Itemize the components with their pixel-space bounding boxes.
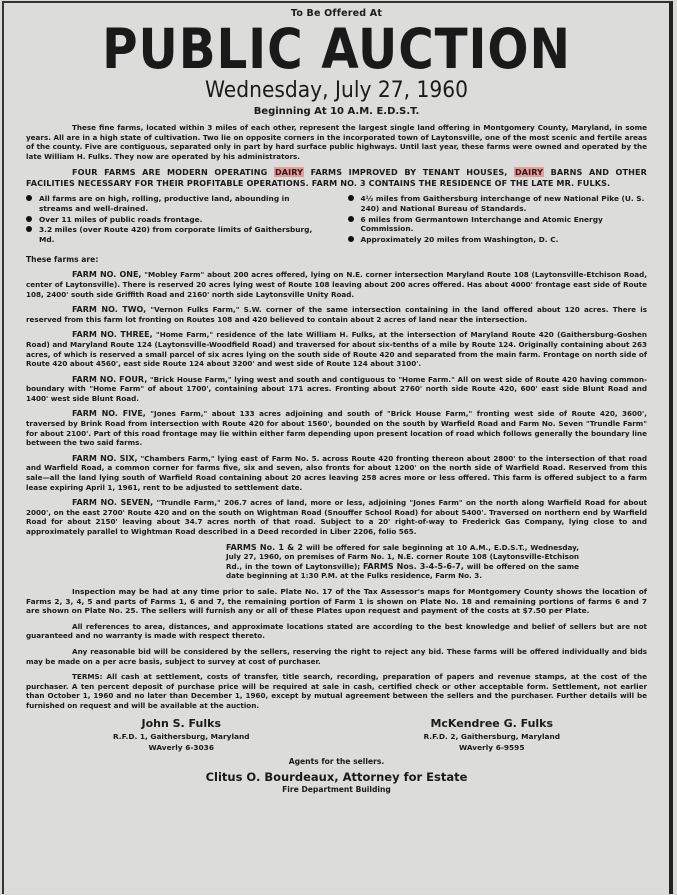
bullet-icon	[26, 226, 32, 232]
highlighted-term: DAIRY	[514, 167, 544, 177]
references-paragraph: All references to area, distances, and a…	[26, 622, 647, 641]
seller-address: R.F.D. 2, Gaithersburg, Maryland	[337, 731, 648, 742]
seller-phone: WAverly 6-9595	[337, 742, 648, 753]
features-right: 4½ miles from Gaithersburg interchange o…	[348, 194, 648, 245]
feature-item: Approximately 20 miles from Washington, …	[348, 235, 648, 245]
farm-label: FARM NO. TWO,	[72, 305, 146, 314]
highlighted-term: DAIRY	[274, 167, 304, 177]
schedule-label: FARMS No. 1 & 2	[226, 543, 303, 552]
agents-line: Agents for the sellers.	[4, 757, 669, 766]
feature-item: All farms are on high, rolling, producti…	[26, 194, 326, 213]
schedule-label: FARMS Nos. 3-4-5-6-7,	[363, 562, 464, 571]
farm-label: FARM NO. THREE,	[72, 330, 153, 339]
farm-entry: FARM NO. FOUR, "Brick House Farm," lying…	[26, 375, 647, 404]
seller-address: R.F.D. 1, Gaithersburg, Maryland	[26, 731, 337, 742]
statement-part: FOUR FARMS ARE MODERN OPERATING	[72, 167, 274, 177]
feature-item: Over 11 miles of public roads frontage.	[26, 215, 326, 225]
farm-entry: FARM NO. SIX, "Chambers Farm," lying eas…	[26, 454, 647, 492]
auction-notice: To Be Offered At PUBLIC AUCTION Wednesda…	[2, 1, 673, 894]
features-left: All farms are on high, rolling, producti…	[26, 194, 326, 245]
statement-part: FARMS IMPROVED BY TENANT HOUSES,	[304, 167, 514, 177]
farm-entry: FARM NO. FIVE, "Jones Farm," about 133 a…	[26, 409, 647, 447]
farm-label: FARM NO. FIVE,	[72, 409, 146, 418]
intro-paragraph: These fine farms, located within 3 miles…	[26, 123, 647, 161]
auction-date: Wednesday, July 27, 1960	[31, 78, 643, 104]
seller-signature: McKendree G. Fulks R.F.D. 2, Gaithersbur…	[337, 717, 648, 753]
terms-paragraph: TERMS: All cash at settlement, costs of …	[26, 672, 647, 710]
bullet-icon	[348, 216, 354, 222]
feature-item: 4½ miles from Gaithersburg interchange o…	[348, 194, 648, 213]
feature-text: Approximately 20 miles from Washington, …	[361, 235, 559, 244]
bullet-icon	[26, 216, 32, 222]
seller-name: McKendree G. Fulks	[337, 717, 648, 731]
farm-entry: FARM NO. THREE, "Home Farm," residence o…	[26, 330, 647, 368]
bullet-icon	[348, 195, 354, 201]
feature-text: Over 11 miles of public roads frontage.	[39, 215, 202, 224]
farms-heading: These farms are:	[26, 255, 647, 264]
feature-item: 3.2 miles (over Route 420) from corporat…	[26, 225, 326, 244]
farm-entry: FARM NO. TWO, "Vernon Fulks Farm," S.W. …	[26, 305, 647, 324]
inspection-paragraph: Inspection may be had at any time prior …	[26, 587, 647, 616]
farm-list: FARM NO. ONE, "Mobley Farm" about 200 ac…	[4, 270, 669, 536]
farm-entry: FARM NO. SEVEN, "Trundle Farm," 206.7 ac…	[26, 498, 647, 536]
features-list: All farms are on high, rolling, producti…	[26, 194, 647, 245]
start-time: Beginning At 10 A.M. E.D.S.T.	[4, 106, 669, 117]
seller-phone: WAverly 6-3036	[26, 742, 337, 753]
feature-text: 4½ miles from Gaithersburg interchange o…	[361, 194, 645, 213]
bullet-icon	[348, 236, 354, 242]
feature-text: 3.2 miles (over Route 420) from corporat…	[39, 225, 312, 244]
building-line: Fire Department Building	[4, 785, 669, 794]
seller-name: John S. Fulks	[26, 717, 337, 731]
farm-label: FARM NO. FOUR,	[72, 375, 147, 384]
feature-text: All farms are on high, rolling, producti…	[39, 194, 289, 213]
bullet-icon	[26, 195, 32, 201]
farm-label: FARM NO. ONE,	[72, 270, 141, 279]
dairy-statement: FOUR FARMS ARE MODERN OPERATING DAIRY FA…	[26, 167, 647, 188]
seller-signature: John S. Fulks R.F.D. 1, Gaithersburg, Ma…	[26, 717, 337, 753]
sale-schedule: FARMS No. 1 & 2 will be offered for sale…	[226, 543, 579, 581]
attorney-line: Clitus O. Bourdeaux, Attorney for Estate	[4, 770, 669, 784]
feature-text: 6 miles from Germantown Interchange and …	[361, 215, 603, 234]
feature-item: 6 miles from Germantown Interchange and …	[348, 215, 648, 234]
headline: PUBLIC AUCTION	[44, 21, 629, 77]
sellers-signatures: John S. Fulks R.F.D. 1, Gaithersburg, Ma…	[26, 717, 647, 753]
farm-label: FARM NO. SEVEN,	[72, 498, 153, 507]
farm-label: FARM NO. SIX,	[72, 454, 138, 463]
farm-entry: FARM NO. ONE, "Mobley Farm" about 200 ac…	[26, 270, 647, 299]
bids-paragraph: Any reasonable bid will be considered by…	[26, 647, 647, 666]
